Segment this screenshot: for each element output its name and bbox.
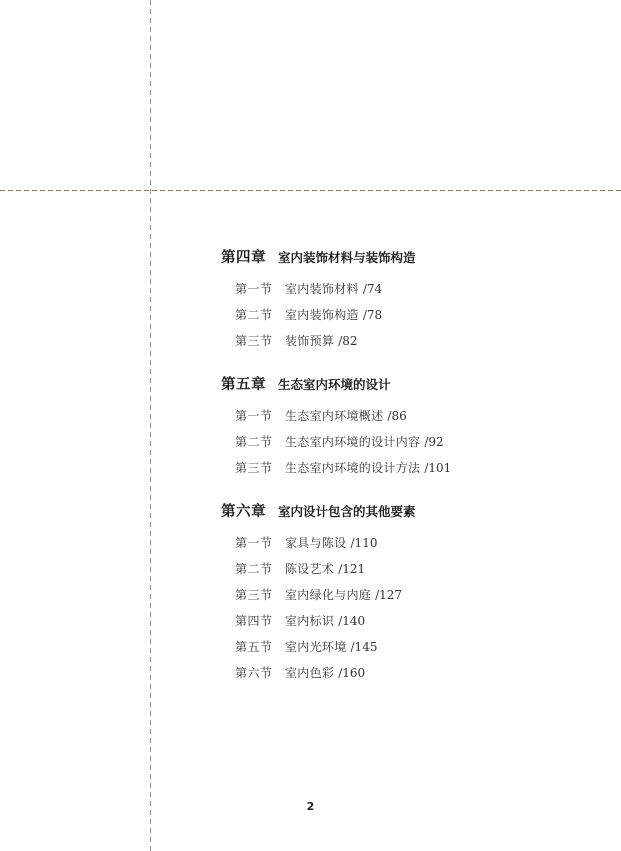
section-page: /140	[338, 614, 365, 628]
section-number: 第一节	[235, 407, 285, 424]
section-entry: 第五节 室内光环境 /145	[221, 638, 601, 664]
section-title: 室内光环境	[285, 638, 347, 655]
section-title: 室内装饰材料	[285, 280, 359, 297]
chapter-title: 生态室内环境的设计	[278, 375, 391, 393]
section-title: 室内色彩	[285, 664, 334, 681]
section-page: /101	[424, 461, 451, 475]
page-number: 2	[0, 800, 621, 813]
section-number: 第三节	[235, 459, 285, 476]
chapter-number: 第五章	[221, 373, 278, 394]
section-entry: 第二节 生态室内环境的设计内容 /92	[221, 433, 601, 459]
section-page: /110	[351, 536, 378, 550]
section-page: /86	[387, 409, 406, 423]
section-title: 生态室内环境概述	[285, 407, 383, 424]
section-title: 室内标识	[285, 612, 334, 629]
section-entry: 第一节 生态室内环境概述 /86	[221, 407, 601, 433]
horizontal-crop-mark	[0, 190, 621, 191]
chapter-heading: 第五章 生态室内环境的设计	[221, 373, 601, 393]
section-number: 第二节	[235, 306, 285, 323]
section-entry: 第四节 室内标识 /140	[221, 612, 601, 638]
section-entry: 第一节 室内装饰材料 /74	[221, 280, 601, 306]
section-entry: 第三节 室内绿化与内庭 /127	[221, 586, 601, 612]
section-page: /92	[424, 435, 443, 449]
chapter-4: 第四章 室内装饰材料与装饰构造 第一节 室内装饰材料 /74 第二节 室内装饰构…	[221, 246, 601, 358]
section-number: 第三节	[235, 332, 285, 349]
section-title: 生态室内环境的设计内容	[285, 433, 420, 450]
section-title: 室内装饰构造	[285, 306, 359, 323]
section-number: 第二节	[235, 560, 285, 577]
section-title: 家具与陈设	[285, 534, 347, 551]
section-page: /74	[363, 282, 382, 296]
section-title: 室内绿化与内庭	[285, 586, 371, 603]
section-page: /145	[351, 640, 378, 654]
chapter-6: 第六章 室内设计包含的其他要素 第一节 家具与陈设 /110 第二节 陈设艺术 …	[221, 500, 601, 690]
section-entry: 第二节 室内装饰构造 /78	[221, 306, 601, 332]
chapter-heading: 第六章 室内设计包含的其他要素	[221, 500, 601, 520]
chapter-5: 第五章 生态室内环境的设计 第一节 生态室内环境概述 /86 第二节 生态室内环…	[221, 373, 601, 485]
table-of-contents: 第四章 室内装饰材料与装饰构造 第一节 室内装饰材料 /74 第二节 室内装饰构…	[221, 246, 601, 690]
section-number: 第一节	[235, 534, 285, 551]
section-number: 第五节	[235, 638, 285, 655]
section-title: 生态室内环境的设计方法	[285, 459, 420, 476]
section-number: 第四节	[235, 612, 285, 629]
section-page: /82	[338, 334, 357, 348]
section-page: /127	[375, 588, 402, 602]
section-number: 第六节	[235, 664, 285, 681]
section-title: 陈设艺术	[285, 560, 334, 577]
chapter-number: 第六章	[221, 500, 278, 521]
section-entry: 第一节 家具与陈设 /110	[221, 534, 601, 560]
vertical-crop-mark	[150, 0, 151, 851]
chapter-number: 第四章	[221, 246, 278, 267]
chapter-title: 室内设计包含的其他要素	[278, 502, 416, 520]
chapter-heading: 第四章 室内装饰材料与装饰构造	[221, 246, 601, 266]
section-entry: 第六节 室内色彩 /160	[221, 664, 601, 690]
section-entry: 第三节 装饰预算 /82	[221, 332, 601, 358]
section-page: /121	[338, 562, 365, 576]
section-page: /78	[363, 308, 382, 322]
section-title: 装饰预算	[285, 332, 334, 349]
section-page: /160	[338, 666, 365, 680]
section-entry: 第三节 生态室内环境的设计方法 /101	[221, 459, 601, 485]
chapter-title: 室内装饰材料与装饰构造	[278, 248, 416, 266]
section-entry: 第二节 陈设艺术 /121	[221, 560, 601, 586]
section-number: 第二节	[235, 433, 285, 450]
section-number: 第一节	[235, 280, 285, 297]
section-number: 第三节	[235, 586, 285, 603]
